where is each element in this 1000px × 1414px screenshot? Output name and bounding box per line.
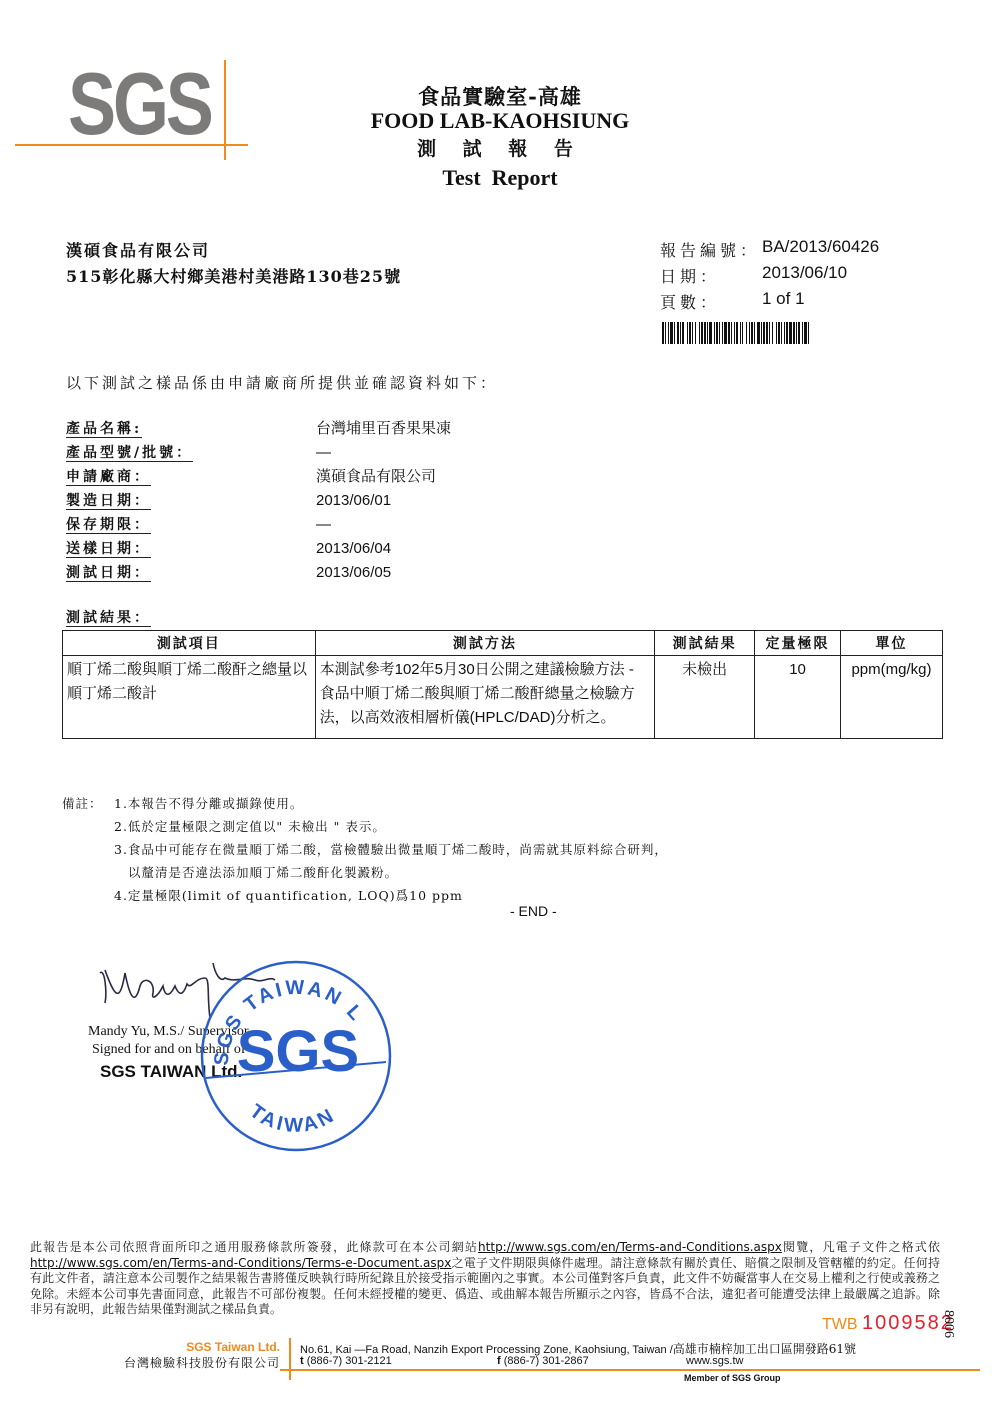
client-name: 漢碩食品有限公司 [66, 238, 210, 261]
svg-text:TAIWAN: TAIWAN [245, 1100, 339, 1137]
pages-label: 頁數： [660, 290, 720, 313]
fax-number: (886-7) 301-2867 [504, 1355, 589, 1367]
report-date: 2013/06/10 [762, 263, 847, 283]
terms-link[interactable]: http://www.sgs.com/en/Terms-and-Conditio… [478, 1240, 782, 1254]
info-label: 測試日期： [66, 565, 151, 582]
footer-company-en: SGS Taiwan Ltd. [170, 1340, 280, 1354]
footer-fax: f (886-7) 301-2867 [497, 1355, 589, 1367]
report-title-cn: 測 試 報 告 [300, 140, 700, 159]
side-code: 8006 [940, 1310, 956, 1338]
phone-number: (886-7) 301-2121 [307, 1355, 392, 1367]
terms-e-document-link[interactable]: http://www.sgs.com/en/Terms-and-Conditio… [30, 1256, 451, 1270]
info-label: 保存期限： [66, 517, 151, 534]
results-title: 測試結果： [66, 610, 151, 627]
footer-address-cn: 高雄市楠梓加工出口區開發路61號 [673, 1342, 856, 1356]
info-value: 台灣埔里百香果果凍 [316, 421, 451, 437]
date-label: 日期： [660, 264, 720, 287]
note-2: 2.低於定量極限之測定值以" 未檢出 " 表示。 [62, 815, 668, 838]
disclaimer-part-1: 此報告是本公司依照背面所印之通用服務條款所簽發，此條款可在本公司網站 [30, 1240, 478, 1254]
disclaimer-part-2: 閱覽，凡電子文件之格式依 [782, 1240, 940, 1254]
col-header-loq: 定量極限 [755, 631, 841, 656]
client-address: 515彰化縣大村鄉美港村美港路130巷25號 [66, 264, 401, 287]
col-header-result: 測試結果 [655, 631, 755, 656]
col-header-item: 測試項目 [63, 631, 316, 656]
cell-loq: 10 [755, 656, 841, 739]
info-value: 2013/06/01 [316, 493, 391, 509]
footer-divider-horizontal [280, 1369, 980, 1371]
footer-member: Member of SGS Group [684, 1373, 781, 1383]
col-header-unit: 單位 [840, 631, 942, 656]
info-value: — [316, 517, 331, 533]
intro-text: 以下測試之樣品係由申請廠商所提供並確認資料如下： [66, 372, 498, 393]
lab-title-cn: 食品實驗室-高雄 [300, 86, 700, 107]
info-label: 申請廠商： [66, 469, 151, 486]
cell-item: 順丁烯二酸與順丁烯二酸酐之總量以順丁烯二酸計 [63, 656, 316, 739]
stamp-bottom-text: TAIWAN [245, 1100, 339, 1137]
sgs-logo: SGS [68, 60, 211, 148]
info-value: 漢碩食品有限公司 [316, 469, 436, 485]
barcode [662, 322, 944, 344]
page-count: 1 of 1 [762, 289, 805, 309]
info-label: 產品名稱: [66, 421, 142, 438]
disclaimer: 此報告是本公司依照背面所印之通用服務條款所簽發，此條款可在本公司網站http:/… [30, 1240, 940, 1318]
note-4: 4.定量極限(limit of quantification, LOQ)爲10 … [62, 884, 668, 907]
info-value: 2013/06/05 [316, 565, 391, 581]
results-table: 測試項目 測試方法 測試結果 定量極限 單位 順丁烯二酸與順丁烯二酸酐之總量以順… [62, 630, 943, 739]
serial-number: TWB 1009582 [822, 1312, 954, 1335]
serial-prefix: TWB [822, 1316, 858, 1333]
info-value: 2013/06/04 [316, 541, 391, 557]
col-header-method: 測試方法 [315, 631, 655, 656]
notes-label: 備註： [62, 792, 114, 815]
logo-divider-vertical [224, 60, 226, 160]
note-3: 3.食品中可能存在微量順丁烯二酸，當檢體驗出微量順丁烯二酸時，尚需就其原料綜合研… [62, 838, 668, 861]
end-marker: - END - [510, 903, 557, 919]
lab-title-en: FOOD LAB-KAOHSIUNG [300, 110, 700, 132]
footer-telephone: t (886-7) 301-2121 [300, 1355, 392, 1367]
cell-method: 本測試參考102年5月30日公開之建議檢驗方法 - 食品中順丁烯二酸與順丁烯二酸… [315, 656, 655, 739]
report-number-label: 報告編號： [660, 238, 760, 261]
notes: 備註：1.本報告不得分離或擷錄使用。 2.低於定量極限之測定值以" 未檢出 " … [62, 792, 668, 907]
cell-result: 未檢出 [655, 656, 755, 739]
footer-divider-vertical [289, 1338, 291, 1380]
footer-company-cn: 台灣檢驗科技股份有限公司 [100, 1354, 280, 1371]
cell-unit: ppm(mg/kg) [840, 656, 942, 739]
note-1: 1.本報告不得分離或擷錄使用。 [114, 796, 303, 811]
report-number: BA/2013/60426 [762, 237, 879, 257]
phone-icon: t [300, 1355, 304, 1367]
logo-divider-horizontal [15, 144, 248, 146]
report-title-en: Test Report [300, 167, 700, 189]
info-value: — [316, 445, 331, 461]
footer-website[interactable]: www.sgs.tw [686, 1355, 743, 1367]
fax-icon: f [497, 1355, 501, 1367]
info-label: 製造日期： [66, 493, 151, 510]
info-label: 產品型號/批號： [66, 445, 193, 462]
note-3-continued: 以釐清是否違法添加順丁烯二酸酐化製澱粉。 [62, 861, 668, 884]
table-header-row: 測試項目 測試方法 測試結果 定量極限 單位 [63, 631, 943, 656]
info-label: 送樣日期： [66, 541, 151, 558]
table-row: 順丁烯二酸與順丁烯二酸酐之總量以順丁烯二酸計 本測試參考102年5月30日公開之… [63, 656, 943, 739]
company-stamp: SGS TAIWAN LTD SGS TAIWAN [198, 958, 394, 1154]
stamp-center-text: SGS [237, 1019, 360, 1084]
